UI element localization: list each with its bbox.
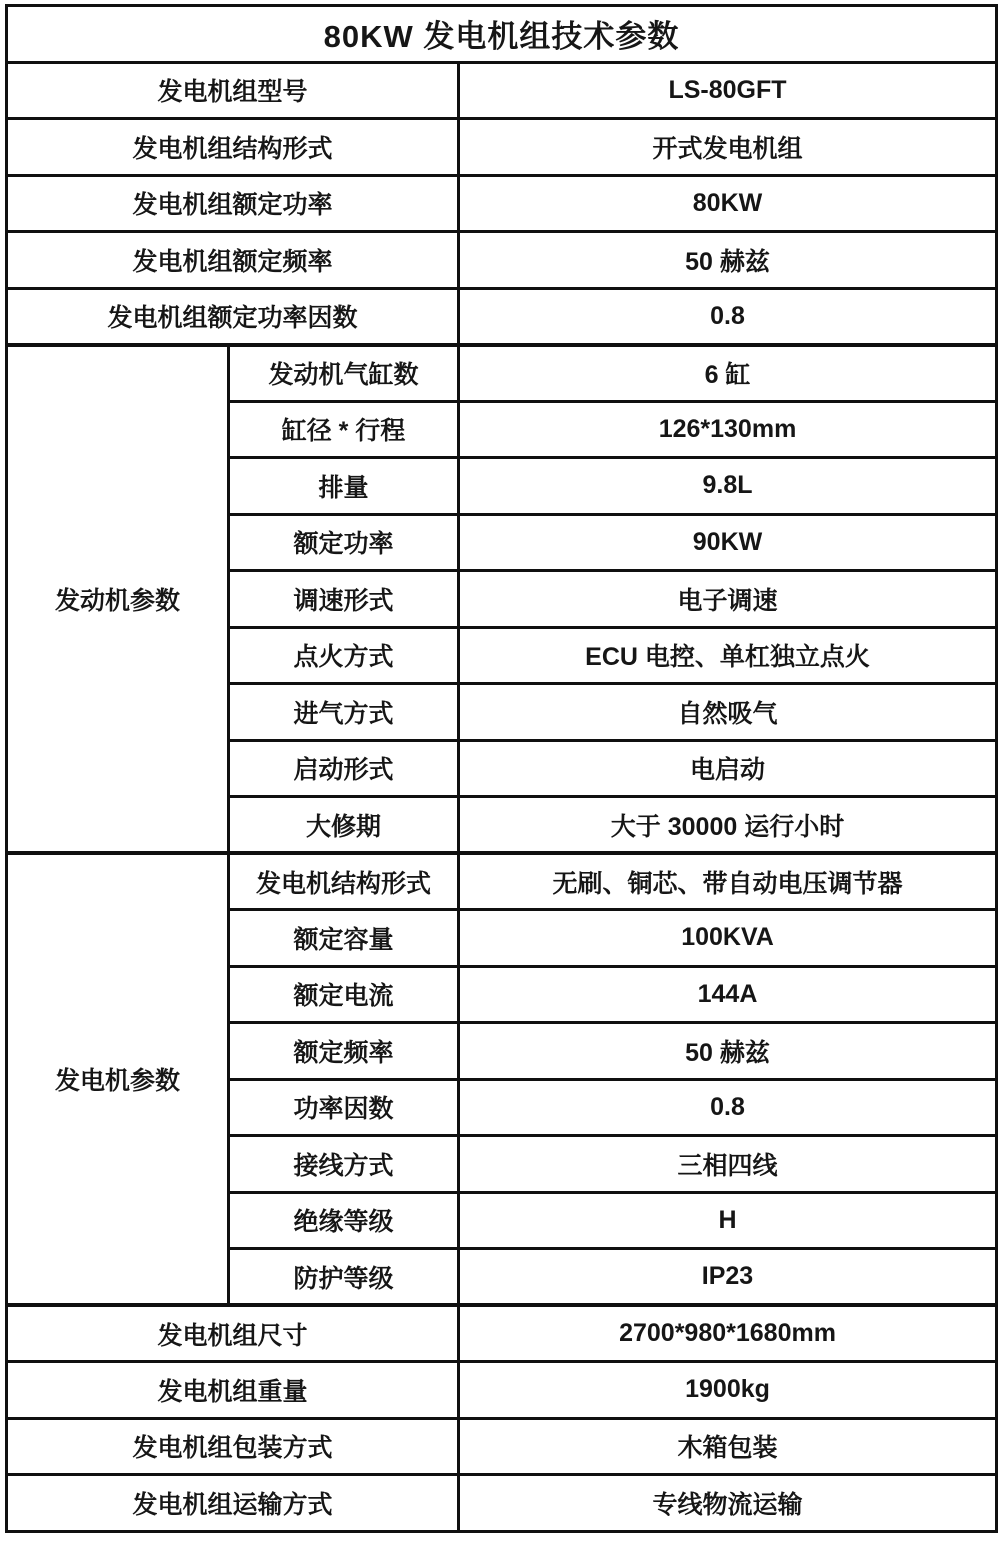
param-label: 发电机组额定功率因数 [7, 288, 459, 345]
param-label: 发动机气缸数 [229, 345, 459, 402]
param-label: 额定电流 [229, 966, 459, 1023]
param-value: ECU 电控、单杠独立点火 [459, 627, 997, 684]
table-row: 发电机组包装方式木箱包装 [7, 1418, 997, 1475]
table-row: 发电机组运输方式专线物流运输 [7, 1475, 997, 1532]
param-label: 功率因数 [229, 1079, 459, 1136]
param-value: 2700*980*1680mm [459, 1305, 997, 1362]
param-label: 发电机组结构形式 [7, 119, 459, 176]
param-label: 发电机组额定频率 [7, 232, 459, 289]
param-value: 三相四线 [459, 1136, 997, 1193]
param-value: 90KW [459, 514, 997, 571]
param-label: 进气方式 [229, 684, 459, 741]
table-row: 发电机组额定频率50 赫兹 [7, 232, 997, 289]
spec-table: 80KW 发电机组技术参数发电机组型号LS-80GFT发电机组结构形式开式发电机… [5, 4, 998, 1533]
param-value: 144A [459, 966, 997, 1023]
group-label: 发动机参数 [7, 345, 229, 854]
param-label: 额定功率 [229, 514, 459, 571]
param-label: 接线方式 [229, 1136, 459, 1193]
param-label: 绝缘等级 [229, 1192, 459, 1249]
table-row: 发电机组重量1900kg [7, 1362, 997, 1419]
table-row: 发电机组型号LS-80GFT [7, 62, 997, 119]
param-value: 电启动 [459, 740, 997, 797]
param-value: 50 赫兹 [459, 232, 997, 289]
table-row: 发电机组额定功率80KW [7, 175, 997, 232]
param-value: 木箱包装 [459, 1418, 997, 1475]
table-row: 发电机组尺寸2700*980*1680mm [7, 1305, 997, 1362]
param-label: 点火方式 [229, 627, 459, 684]
param-label: 发电机组型号 [7, 62, 459, 119]
param-value: 大于 30000 运行小时 [459, 797, 997, 854]
param-label: 大修期 [229, 797, 459, 854]
param-label: 启动形式 [229, 740, 459, 797]
table-row: 发电机参数发电机结构形式无刷、铜芯、带自动电压调节器 [7, 853, 997, 910]
table-title: 80KW 发电机组技术参数 [7, 6, 997, 63]
param-label: 调速形式 [229, 571, 459, 628]
table-row: 发动机参数发动机气缸数6 缸 [7, 345, 997, 402]
param-value: 9.8L [459, 458, 997, 515]
param-value: 自然吸气 [459, 684, 997, 741]
table-row: 发电机组额定功率因数0.8 [7, 288, 997, 345]
param-label: 缸径 * 行程 [229, 401, 459, 458]
param-value: 126*130mm [459, 401, 997, 458]
param-label: 额定频率 [229, 1023, 459, 1080]
param-value: 0.8 [459, 1079, 997, 1136]
param-value: 80KW [459, 175, 997, 232]
param-label: 发电机组重量 [7, 1362, 459, 1419]
param-label: 发电机组包装方式 [7, 1418, 459, 1475]
param-label: 发电机组运输方式 [7, 1475, 459, 1532]
group-label: 发电机参数 [7, 853, 229, 1305]
param-value: 无刷、铜芯、带自动电压调节器 [459, 853, 997, 910]
param-label: 发电机结构形式 [229, 853, 459, 910]
param-label: 发电机组额定功率 [7, 175, 459, 232]
param-value: 100KVA [459, 910, 997, 967]
spec-sheet-page: 80KW 发电机组技术参数发电机组型号LS-80GFT发电机组结构形式开式发电机… [0, 0, 1000, 1556]
param-value: 6 缸 [459, 345, 997, 402]
param-label: 发电机组尺寸 [7, 1305, 459, 1362]
param-label: 防护等级 [229, 1249, 459, 1306]
param-label: 排量 [229, 458, 459, 515]
param-value: 1900kg [459, 1362, 997, 1419]
param-value: 专线物流运输 [459, 1475, 997, 1532]
param-value: H [459, 1192, 997, 1249]
param-value: LS-80GFT [459, 62, 997, 119]
table-row: 发电机组结构形式开式发电机组 [7, 119, 997, 176]
param-label: 额定容量 [229, 910, 459, 967]
param-value: IP23 [459, 1249, 997, 1306]
param-value: 0.8 [459, 288, 997, 345]
param-value: 电子调速 [459, 571, 997, 628]
param-value: 开式发电机组 [459, 119, 997, 176]
table-row: 80KW 发电机组技术参数 [7, 6, 997, 63]
param-value: 50 赫兹 [459, 1023, 997, 1080]
